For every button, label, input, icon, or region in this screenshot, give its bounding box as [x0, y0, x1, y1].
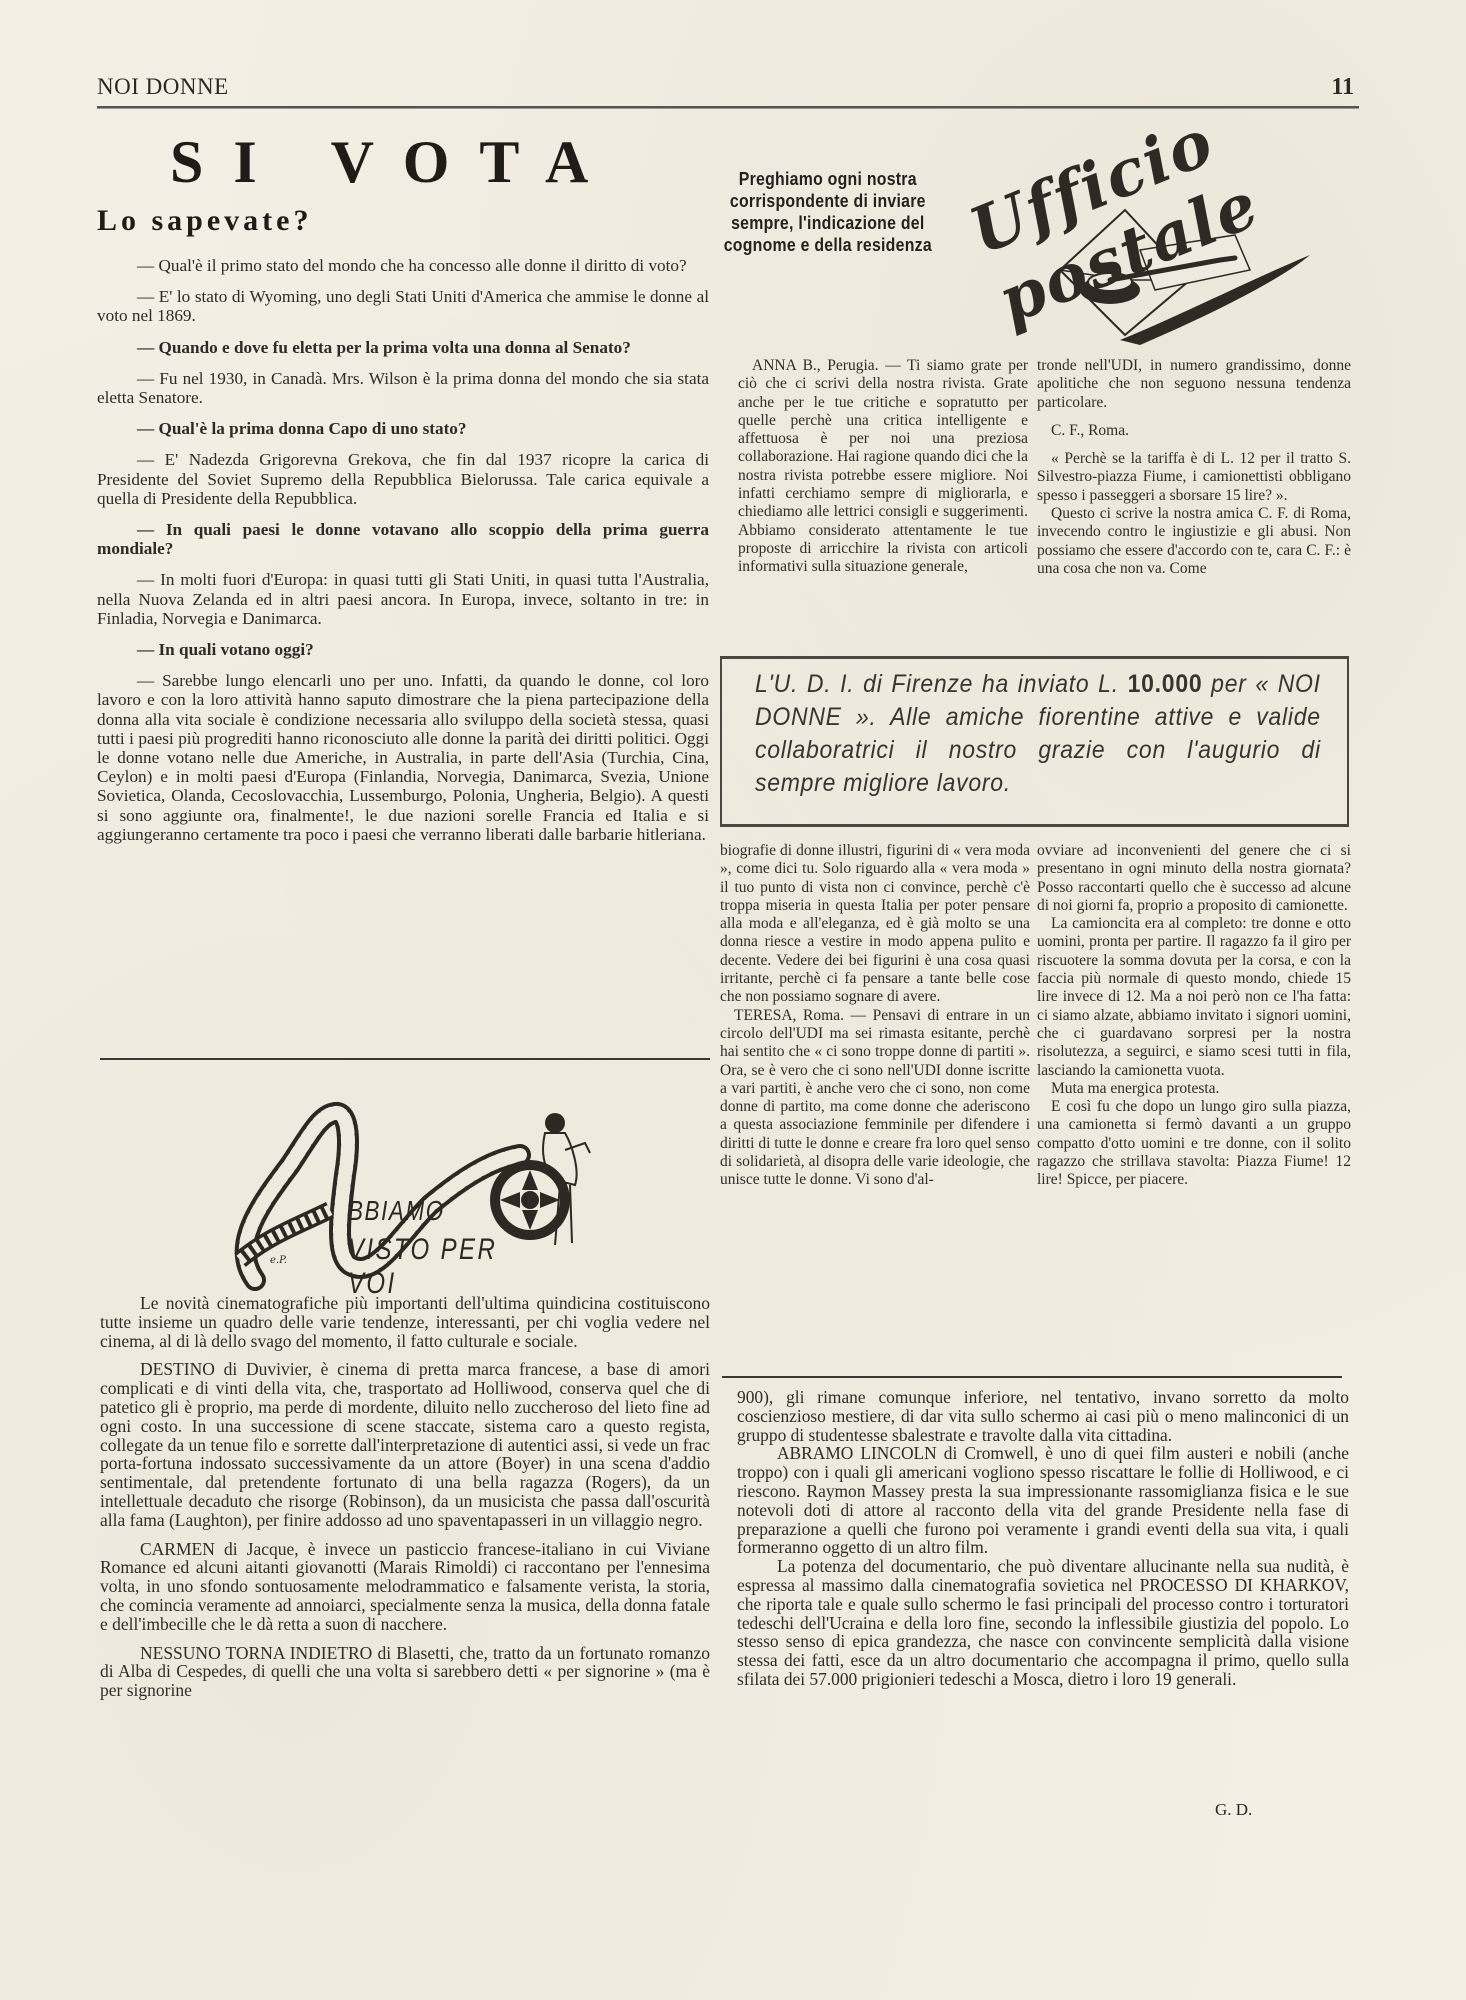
header-rule — [97, 106, 1359, 109]
article-title: SI VOTA — [170, 128, 618, 197]
donation-notice: L'U. D. I. di Firenze ha inviato L. 10.0… — [755, 668, 1321, 800]
qa-item: — E' lo stato di Wyoming, uno degli Stat… — [97, 287, 709, 325]
qa-answer: — Fu nel 1930, in Canadà. Mrs. Wilson è … — [97, 369, 709, 407]
letter-cf-story: La camioncita era al completo: tre donne… — [1037, 915, 1351, 1080]
letter-sender-cf: C. F., Roma. — [1037, 422, 1351, 440]
qa-answer: — E' Nadezda Grigorevna Grekova, che fin… — [97, 450, 709, 508]
letter-cf-reply: Questo ci scrive la nostra amica C. F. d… — [1037, 505, 1351, 578]
qa-answer: — Sarebbe lungo elencarli uno per uno. I… — [97, 671, 709, 844]
ufficio-postale-logo: Ufficio postale — [950, 150, 1350, 345]
donation-text-start: L'U. D. I. di Firenze ha inviato L. — [755, 670, 1119, 698]
letter-teresa: TERESA, Roma. — Pensavi di entrare in un… — [720, 1007, 1030, 1190]
letter-cf-ending: E così fu che dopo un lungo giro sulla p… — [1037, 1098, 1351, 1189]
letter-column-4: ovviare ad inconvenienti del genere che … — [1037, 842, 1351, 1190]
cinema-paragraph: DESTINO di Duvivier, è cinema di pretta … — [100, 1360, 710, 1529]
magazine-page: NOI DONNE 11 SI VOTA Lo sapevate? — Qual… — [0, 0, 1466, 2000]
qa-item: — Qual'è il primo stato del mondo che ha… — [97, 256, 709, 275]
cinema-paragraph: Le novità cinematografiche più important… — [100, 1294, 710, 1350]
letter-cf-quote: « Perchè se la tariffa è di L. 12 per il… — [1037, 450, 1351, 505]
cinema-paragraph: ABRAMO LINCOLN di Cromwell, è uno di que… — [737, 1444, 1349, 1557]
qa-question: — In quali paesi le donne votavano allo … — [97, 520, 709, 558]
author-signature: G. D. — [1215, 1800, 1252, 1820]
qa-question: — Qual'è la prima donna Capo di uno stat… — [97, 419, 709, 438]
qa-article-body: — Qual'è il primo stato del mondo che ha… — [97, 256, 709, 856]
cinema-logo-line1: BBIAMO — [348, 1195, 445, 1227]
donation-amount: 10.000 — [1128, 670, 1203, 698]
section-divider — [100, 1058, 710, 1060]
article-subtitle: Lo sapevate? — [97, 204, 313, 238]
letter-anna-continuation: biografie di donne illustri, figurini di… — [720, 842, 1030, 1007]
cinema-logo-line2: VISTO PER VOI — [348, 1233, 550, 1301]
cinema-paragraph: 900), gli rimane comunque inferiore, nel… — [737, 1388, 1349, 1444]
letter-column-3: biografie di donne illustri, figurini di… — [720, 842, 1030, 1190]
cinema-article-body: Le novità cinematografiche più important… — [100, 1294, 710, 1710]
letter-column-1: ANNA B., Perugia. — Ti siamo grate per c… — [738, 357, 1028, 577]
qa-question: — Quando e dove fu eletta per la prima v… — [97, 338, 709, 357]
qa-answer: — In molti fuori d'Europa: in quasi tutt… — [97, 570, 709, 628]
cinema-article-continuation: 900), gli rimane comunque inferiore, nel… — [737, 1388, 1349, 1689]
letter-cf-protest: Muta ma energica protesta. — [1037, 1080, 1351, 1098]
qa-question: — In quali votano oggi? — [97, 640, 709, 659]
letter-cf-continuation: ovviare ad inconvenienti del genere che … — [1037, 842, 1351, 915]
cinema-paragraph: NESSUNO TORNA INDIETRO di Blasetti, che,… — [100, 1644, 710, 1700]
masthead: NOI DONNE — [97, 74, 229, 100]
section-divider — [722, 1376, 1342, 1378]
letter-anna-b: ANNA B., Perugia. — Ti siamo grate per c… — [738, 357, 1028, 577]
correspondence-notice: Preghiamo ogni nostra corrispondente di … — [720, 168, 936, 256]
cinema-section-logo: BBIAMO VISTO PER VOI e.P. — [200, 1085, 600, 1295]
letter-column-2: tronde nell'UDI, in numero grandissimo, … — [1037, 357, 1351, 578]
cinema-paragraph: CARMEN di Jacque, è invece un pasticcio … — [100, 1540, 710, 1634]
letter-continuation: tronde nell'UDI, in numero grandissimo, … — [1037, 357, 1351, 412]
cinema-paragraph: La potenza del documentario, che può div… — [737, 1557, 1349, 1689]
illustrator-signature: e.P. — [270, 1255, 287, 1266]
